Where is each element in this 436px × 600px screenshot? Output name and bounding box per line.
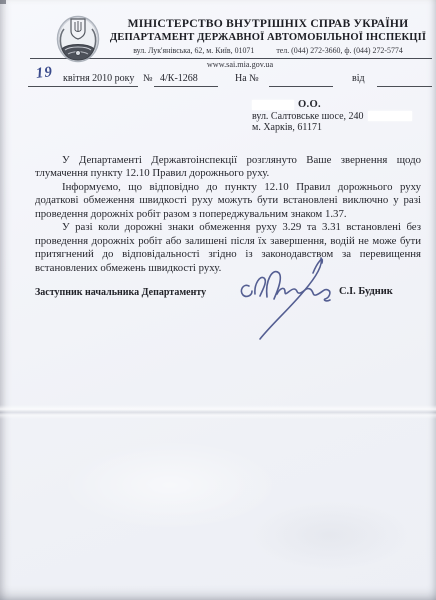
incoming-number-blank (269, 86, 333, 87)
paper-texture (60, 440, 280, 530)
body-paragraph-2: Інформуємо, що відповідно до пункту 12.1… (35, 181, 421, 221)
redaction-box (368, 111, 412, 121)
coat-of-arms-emblem (55, 13, 101, 63)
letterhead-address: вул. Лук'янівська, 62, м. Київ, 01071 (133, 46, 254, 55)
addressee-name: О.О. (298, 99, 321, 110)
redaction-box (252, 100, 294, 110)
addressee-city-line: м. Харків, 61171 (252, 122, 412, 134)
scanned-letter-page: МІНІСТЕРСТВО ВНУТРІШНІХ СПРАВ УКРАЇНИ ДЕ… (0, 0, 436, 600)
paper-fold-crease (0, 405, 436, 419)
signer-title: Заступник начальника Департаменту (35, 287, 206, 298)
number-label: № (143, 73, 153, 84)
from-date-label: від (352, 73, 365, 84)
from-date-blank (377, 86, 432, 87)
body-paragraph-1: У Департаменті Державтоінспекції розглян… (35, 154, 421, 181)
letterhead-website: www.sai.mia.gov.ua (44, 60, 436, 69)
body-paragraph-3: У разі коли дорожні знаки обмеження руху… (35, 221, 421, 275)
date-underline (28, 86, 138, 87)
letterhead-phone: тел. (044) 272-3660, ф. (044) 272-5774 (276, 46, 402, 55)
department-title: ДЕПАРТАМЕНТ ДЕРЖАВНОЇ АВТОМОБІЛЬНОЇ ІНСП… (104, 32, 432, 43)
addressee-city: м. Харків, 61171 (252, 122, 322, 133)
addressee-street-line: вул. Салтовське шосе, 240 (252, 111, 412, 123)
addressee-name-line: О.О. (252, 99, 412, 111)
letterhead: МІНІСТЕРСТВО ВНУТРІШНІХ СПРАВ УКРАЇНИ ДЕ… (104, 17, 432, 55)
paper-texture (250, 500, 410, 570)
number-underline (154, 86, 218, 87)
ministry-title: МІНІСТЕРСТВО ВНУТРІШНІХ СПРАВ УКРАЇНИ (104, 17, 432, 30)
reference-row: 19 квітня 2010 року № 4/К-1268 На № від (0, 70, 436, 90)
scan-artifact-speck (0, 0, 6, 4)
letterhead-contact-row: вул. Лук'янівська, 62, м. Київ, 01071 те… (104, 46, 432, 55)
date-text: квітня 2010 року (63, 73, 134, 84)
handwritten-signature (233, 250, 353, 345)
outgoing-number: 4/К-1268 (160, 73, 198, 84)
letter-body: У Департаменті Державтоінспекції розглян… (35, 154, 421, 275)
addressee-block: О.О. вул. Салтовське шосе, 240 м. Харків… (252, 99, 412, 134)
addressee-street: вул. Салтовське шосе, 240 (252, 111, 364, 122)
incoming-number-label: На № (235, 73, 259, 84)
handwritten-day: 19 (35, 64, 54, 83)
